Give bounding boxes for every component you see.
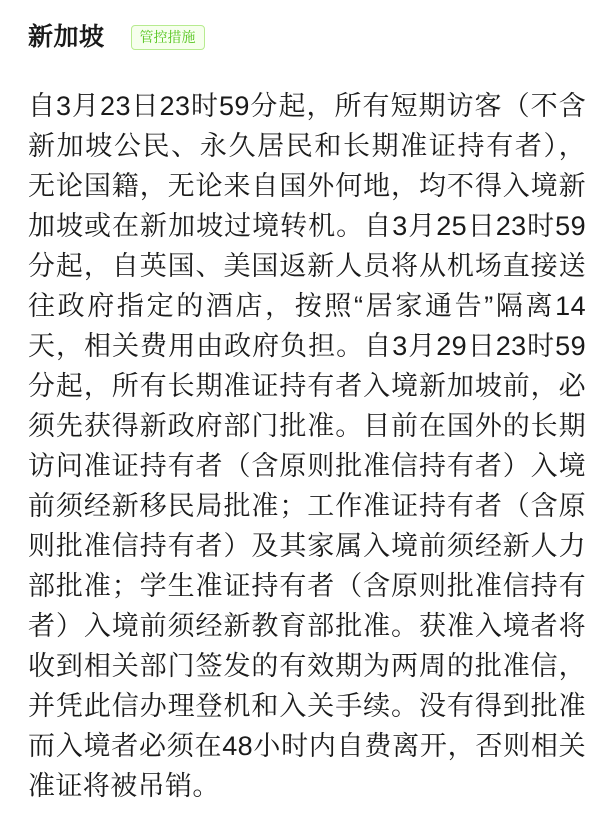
country-title: 新加坡 — [28, 24, 105, 52]
header: 新加坡 管控措施 — [28, 24, 586, 52]
control-measures-badge: 管控措施 — [131, 25, 205, 50]
restriction-paragraph: 自3月23日23时59分起，所有短期访客（不含新加坡公民、永久居民和长期准证持有… — [28, 86, 586, 806]
country-restriction-card: 新加坡 管控措施 自3月23日23时59分起，所有短期访客（不含新加坡公民、永久… — [0, 0, 614, 827]
